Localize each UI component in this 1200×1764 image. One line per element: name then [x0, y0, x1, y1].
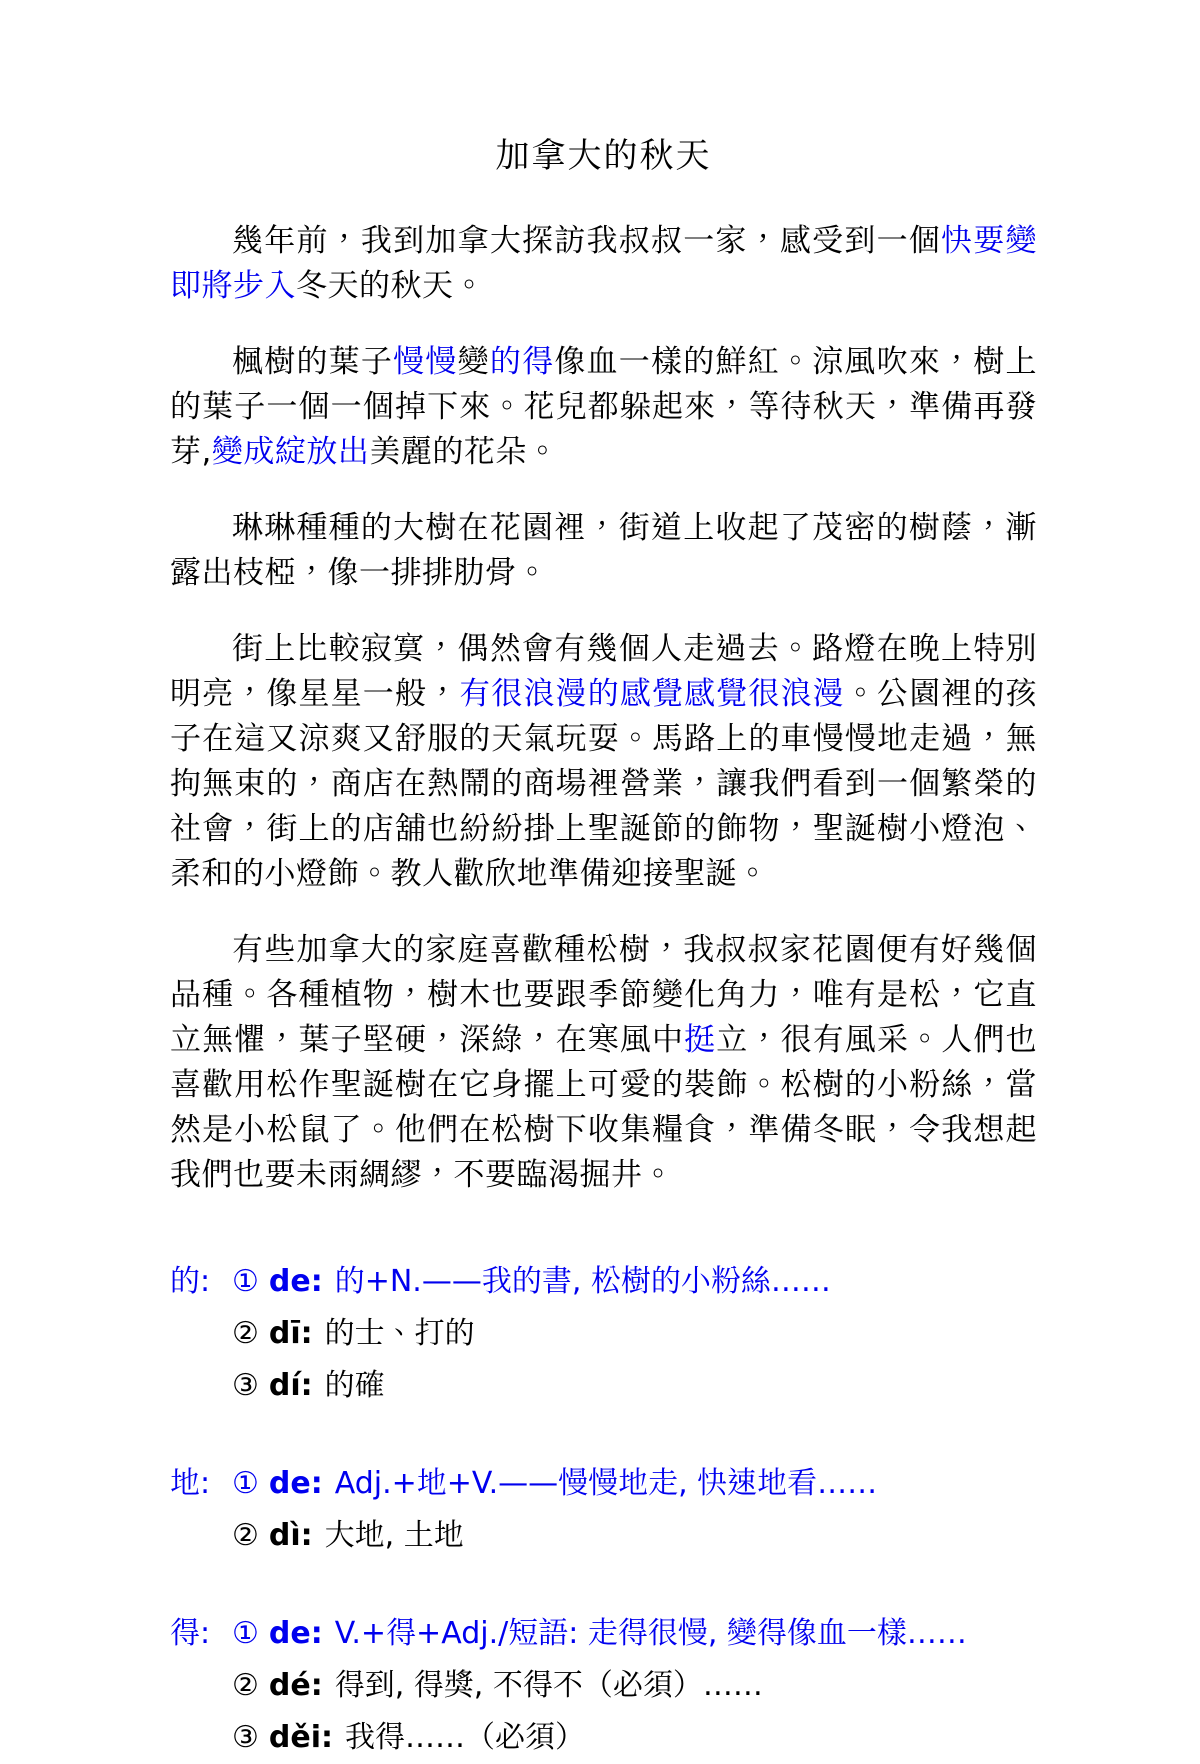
note-pinyin: dé: — [269, 1668, 323, 1703]
correction-text: 慢慢 — [393, 344, 457, 380]
note-number-icon: ① — [232, 1458, 259, 1510]
grammar-notes: 的:①de:的+N.——我的書, 松樹的小粉絲……②dī:的士、打的③dí:的確… — [170, 1256, 1037, 1764]
note-pinyin: dī: — [269, 1316, 313, 1351]
note-pinyin: děi: — [269, 1720, 333, 1755]
note-line: ②dī:的士、打的 — [170, 1308, 1037, 1360]
note-number-icon: ① — [232, 1256, 259, 1308]
correction-text: 挺 — [684, 1022, 716, 1058]
note-line: ②dé:得到, 得獎, 不得不（必須）…… — [170, 1660, 1037, 1712]
note-head-character: 的: — [170, 1256, 232, 1308]
correction-text: 有很浪漫的感覺感覺很浪漫 — [459, 676, 845, 712]
note-number-icon: ① — [232, 1608, 259, 1660]
correction-text: 的得 — [490, 344, 554, 380]
body-text: 變 — [458, 344, 490, 380]
paragraph: 琳琳種種的大樹在花園裡，街道上收起了茂密的樹蔭，漸露出枝椏，像一排排肋骨。 — [170, 506, 1037, 596]
note-text: V.+得+Adj./短語: 走得很慢, 變得像血一樣…… — [335, 1616, 967, 1651]
note-text: 大地, 土地 — [325, 1518, 464, 1553]
note-group-de-particle-dei: 得:①de:V.+得+Adj./短語: 走得很慢, 變得像血一樣……②dé:得到… — [170, 1608, 1037, 1764]
note-line: 地:①de:Adj.+地+V.——慢慢地走, 快速地看…… — [170, 1458, 1037, 1510]
note-number-icon: ② — [232, 1308, 259, 1360]
note-text: Adj.+地+V.——慢慢地走, 快速地看…… — [335, 1466, 877, 1501]
paragraph: 楓樹的葉子慢慢變的得像血一樣的鮮紅。涼風吹來，樹上的葉子一個一個掉下來。花兒都躲… — [170, 340, 1037, 475]
page-title: 加拿大的秋天 — [170, 128, 1037, 177]
essay-body: 幾年前，我到加拿大探訪我叔叔一家，感受到一個快要變即將步入冬天的秋天。楓樹的葉子… — [170, 219, 1037, 1198]
note-head-character: 得: — [170, 1608, 232, 1660]
note-line: 的:①de:的+N.——我的書, 松樹的小粉絲…… — [170, 1256, 1037, 1308]
note-number-icon: ② — [232, 1660, 259, 1712]
note-group-de-particle-de: 的:①de:的+N.——我的書, 松樹的小粉絲……②dī:的士、打的③dí:的確 — [170, 1256, 1037, 1412]
note-pinyin: dì: — [269, 1518, 313, 1553]
note-number-icon: ② — [232, 1510, 259, 1562]
paragraph: 有些加拿大的家庭喜歡種松樹，我叔叔家花園便有好幾個品種。各種植物，樹木也要跟季節… — [170, 928, 1037, 1198]
paragraph: 幾年前，我到加拿大探訪我叔叔一家，感受到一個快要變即將步入冬天的秋天。 — [170, 219, 1037, 309]
body-text: 琳琳種種的大樹在花園裡，街道上收起了茂密的樹蔭，漸露出枝椏，像一排排肋骨。 — [170, 510, 1037, 591]
note-pinyin: de: — [269, 1264, 323, 1299]
note-number-icon: ③ — [232, 1712, 259, 1764]
note-pinyin: de: — [269, 1466, 323, 1501]
correction-text: 變成綻放出 — [212, 434, 370, 470]
note-text: 得到, 得獎, 不得不（必須）…… — [335, 1668, 763, 1703]
note-text: 的+N.——我的書, 松樹的小粉絲…… — [335, 1264, 831, 1299]
note-text: 的確 — [325, 1368, 385, 1403]
note-pinyin: dí: — [269, 1368, 313, 1403]
note-text: 我得……（必須） — [345, 1720, 585, 1755]
document-page: 加拿大的秋天 幾年前，我到加拿大探訪我叔叔一家，感受到一個快要變即將步入冬天的秋… — [0, 0, 1200, 1696]
note-head-character: 地: — [170, 1458, 232, 1510]
note-pinyin: de: — [269, 1616, 323, 1651]
note-line: 得:①de:V.+得+Adj./短語: 走得很慢, 變得像血一樣…… — [170, 1608, 1037, 1660]
note-text: 的士、打的 — [325, 1316, 475, 1351]
note-group-de-particle-di: 地:①de:Adj.+地+V.——慢慢地走, 快速地看……②dì:大地, 土地 — [170, 1458, 1037, 1562]
body-text: 冬天的秋天。 — [296, 268, 485, 304]
paragraph: 街上比較寂寞，偶然會有幾個人走過去。路燈在晚上特別明亮，像星星一般，有很浪漫的感… — [170, 627, 1037, 897]
note-line: ③dí:的確 — [170, 1360, 1037, 1412]
note-number-icon: ③ — [232, 1360, 259, 1412]
body-text: 幾年前，我到加拿大探訪我叔叔一家，感受到一個 — [232, 223, 941, 259]
note-line: ②dì:大地, 土地 — [170, 1510, 1037, 1562]
body-text: 美麗的花朵。 — [369, 434, 558, 470]
body-text: 楓樹的葉子 — [232, 344, 393, 380]
note-line: ③děi:我得……（必須） — [170, 1712, 1037, 1764]
